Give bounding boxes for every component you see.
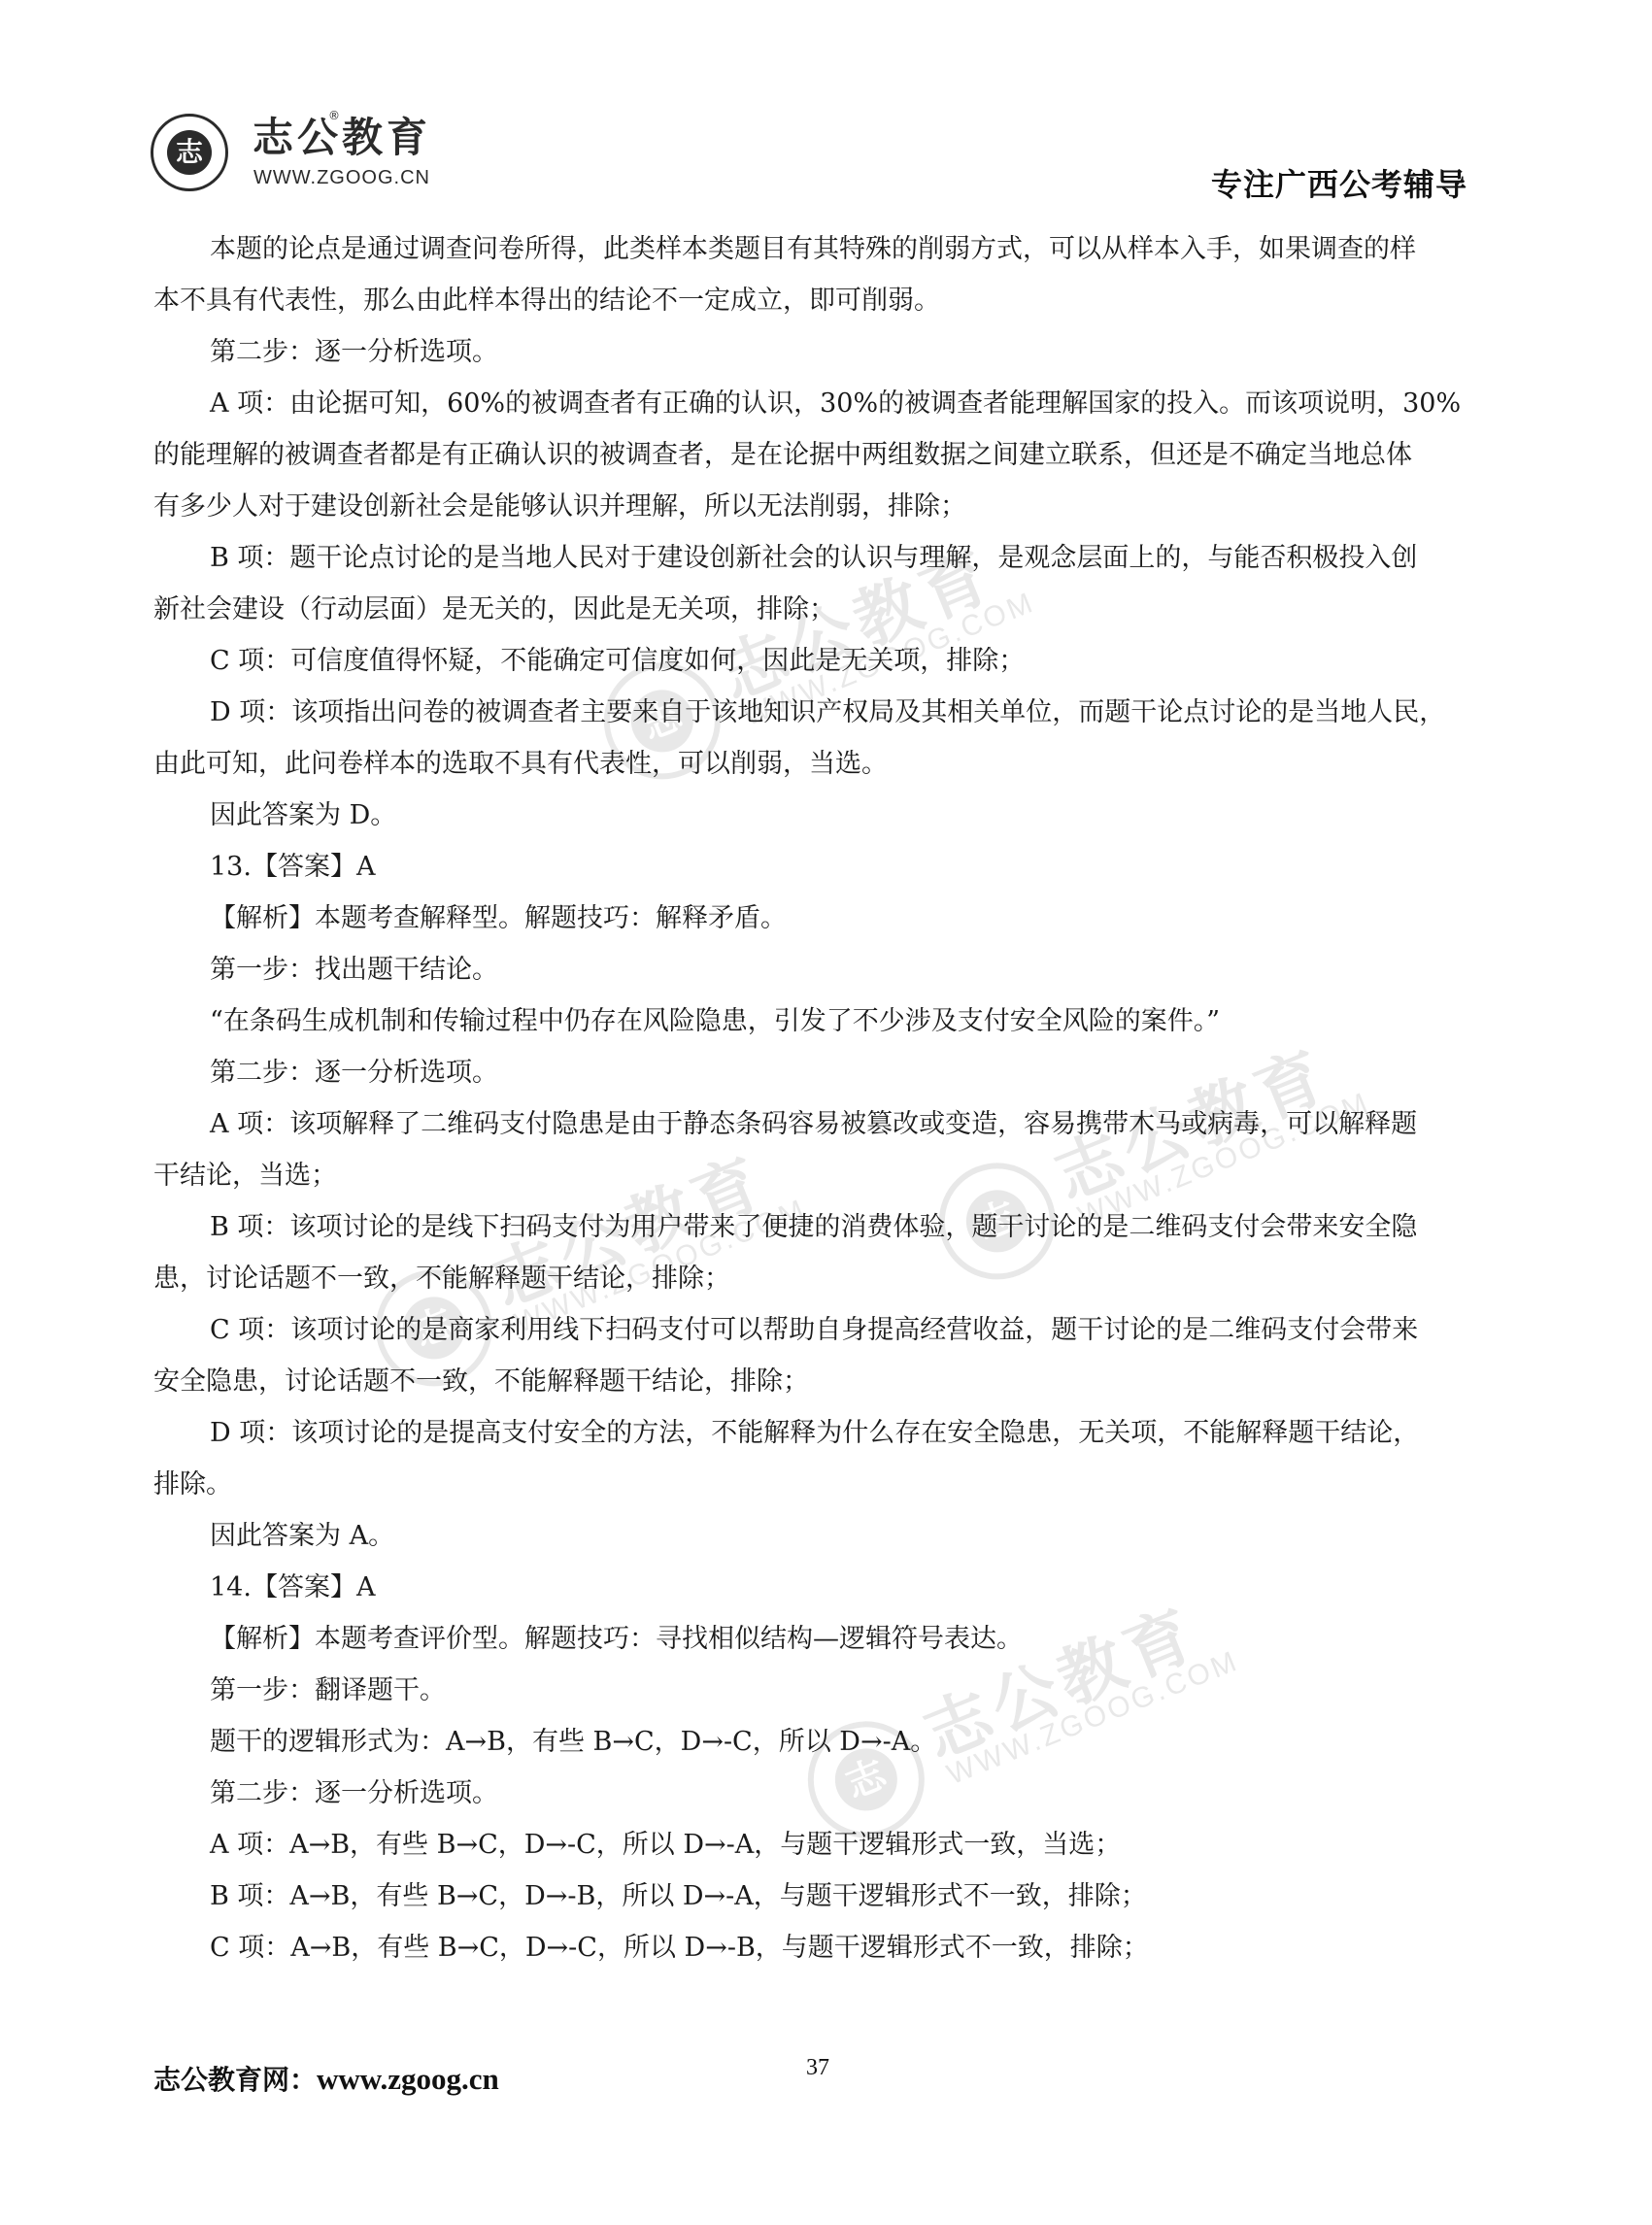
paragraph-line: 由此可知，此问卷样本的选取不具有代表性，可以削弱，当选。 (153, 747, 888, 782)
analysis-heading: 【解析】本题考查解释型。解题技巧：解释矛盾。 (210, 901, 787, 936)
quoted-conclusion: “在条码生成机制和传输过程中仍存在风险隐患，引发了不少涉及支付安全风险的案件。” (210, 1004, 1220, 1039)
paragraph-line: 新社会建设（行动层面）是无关的，因此是无关项，排除； (153, 592, 835, 627)
question-13-answer: 13.【答案】A (210, 850, 375, 885)
option-b-line: B 项：该项讨论的是线下扫码支付为用户带来了便捷的消费体验，题干讨论的是二维码支… (210, 1210, 1417, 1245)
header-slogan: 专注广西公考辅导 (1211, 160, 1467, 205)
option-b-line: B 项：题干论点讨论的是当地人民对于建设创新社会的认识与理解，是观念层面上的，与… (210, 541, 1417, 576)
logo-emblem-icon: 志 (151, 114, 228, 191)
option-d-line: D 项：该项讨论的是提高支付安全的方法，不能解释为什么存在安全隐患，无关项，不能… (210, 1416, 1419, 1451)
footer-website: 志公教育网：www.zgoog.cn (153, 2059, 499, 2098)
option-a-line: A 项：该项解释了二维码支付隐患是由于静态条码容易被篡改或变造，容易携带木马或病… (210, 1107, 1417, 1142)
step-heading: 第二步：逐一分析选项。 (210, 335, 498, 370)
step-heading: 第一步：找出题干结论。 (210, 953, 498, 988)
answer-conclusion: 因此答案为 A。 (210, 1519, 394, 1554)
option-b-line: B 项：A→B，有些 B→C，D→-B，所以 D→-A，与题干逻辑形式不一致，排… (210, 1879, 1147, 1914)
logic-form-line: 题干的逻辑形式为：A→B，有些 B→C，D→-C，所以 D→-A。 (210, 1725, 936, 1760)
page-header: 志 志公教育 ® WWW.ZGOOG.CN 专注广西公考辅导 (0, 0, 1652, 209)
option-d-line: D 项：该项指出问卷的被调查者主要来自于该地知识产权局及其相关单位，而题干论点讨… (210, 695, 1445, 730)
option-a-line: A 项：由论据可知，60%的被调查者有正确的认识，30%的被调查者能理解国家的投… (210, 387, 1461, 421)
logo-brand-name: 志公教育 (253, 115, 431, 161)
paragraph-line: 干结论，当选； (153, 1159, 337, 1194)
option-c-line: C 项：该项讨论的是商家利用线下扫码支付可以帮助自身提高经营收益，题干讨论的是二… (210, 1313, 1418, 1348)
answer-conclusion: 因此答案为 D。 (210, 798, 396, 833)
step-heading: 第二步：逐一分析选项。 (210, 1776, 498, 1811)
paragraph-line: 本不具有代表性，那么由此样本得出的结论不一定成立，即可削弱。 (153, 284, 940, 319)
option-c-line: C 项：A→B，有些 B→C，D→-C，所以 D→-B，与题干逻辑形式不一致，排… (210, 1931, 1149, 1966)
step-heading: 第一步：翻译题干。 (210, 1673, 446, 1708)
paragraph-line: 安全隐患，讨论话题不一致，不能解释题干结论，排除； (153, 1365, 809, 1399)
step-heading: 第二步：逐一分析选项。 (210, 1056, 498, 1091)
logo-url: WWW.ZGOOG.CN (253, 167, 430, 189)
registered-mark: ® (328, 109, 340, 122)
analysis-heading: 【解析】本题考查评价型。解题技巧：寻找相似结构—逻辑符号表达。 (210, 1622, 1023, 1657)
paragraph-line: 有多少人对于建设创新社会是能够认识并理解，所以无法削弱，排除； (153, 489, 966, 524)
brand-logo: 志 志公教育 ® WWW.ZGOOG.CN (151, 109, 471, 196)
paragraph-line: 患，讨论话题不一致，不能解释题干结论，排除； (153, 1262, 730, 1297)
watermark-name: 志公教育 (908, 1582, 1210, 1777)
paragraph-line: 本题的论点是通过调查问卷所得，此类样本类题目有其特殊的削弱方式，可以从样本入手，… (210, 232, 1416, 267)
question-14-answer: 14.【答案】A (210, 1570, 375, 1605)
paragraph-line: 排除。 (153, 1467, 232, 1502)
page-number: 37 (806, 2055, 829, 2081)
option-a-line: A 项：A→B，有些 B→C，D→-C，所以 D→-A，与题干逻辑形式一致，当选… (210, 1828, 1121, 1863)
footer-site-link[interactable]: www.zgoog.cn (317, 2062, 499, 2096)
paragraph-line: 的能理解的被调查者都是有正确认识的被调查者，是在论据中两组数据之间建立联系，但还… (153, 438, 1412, 473)
watermark-url: WWW.ZGOOG.COM (943, 1644, 1244, 1792)
option-c-line: C 项：可信度值得怀疑，不能确定可信度如何，因此是无关项，排除； (210, 644, 1025, 679)
logo-emblem-glyph: 志 (167, 130, 212, 175)
footer-site-label: 志公教育网： (153, 2064, 317, 2096)
